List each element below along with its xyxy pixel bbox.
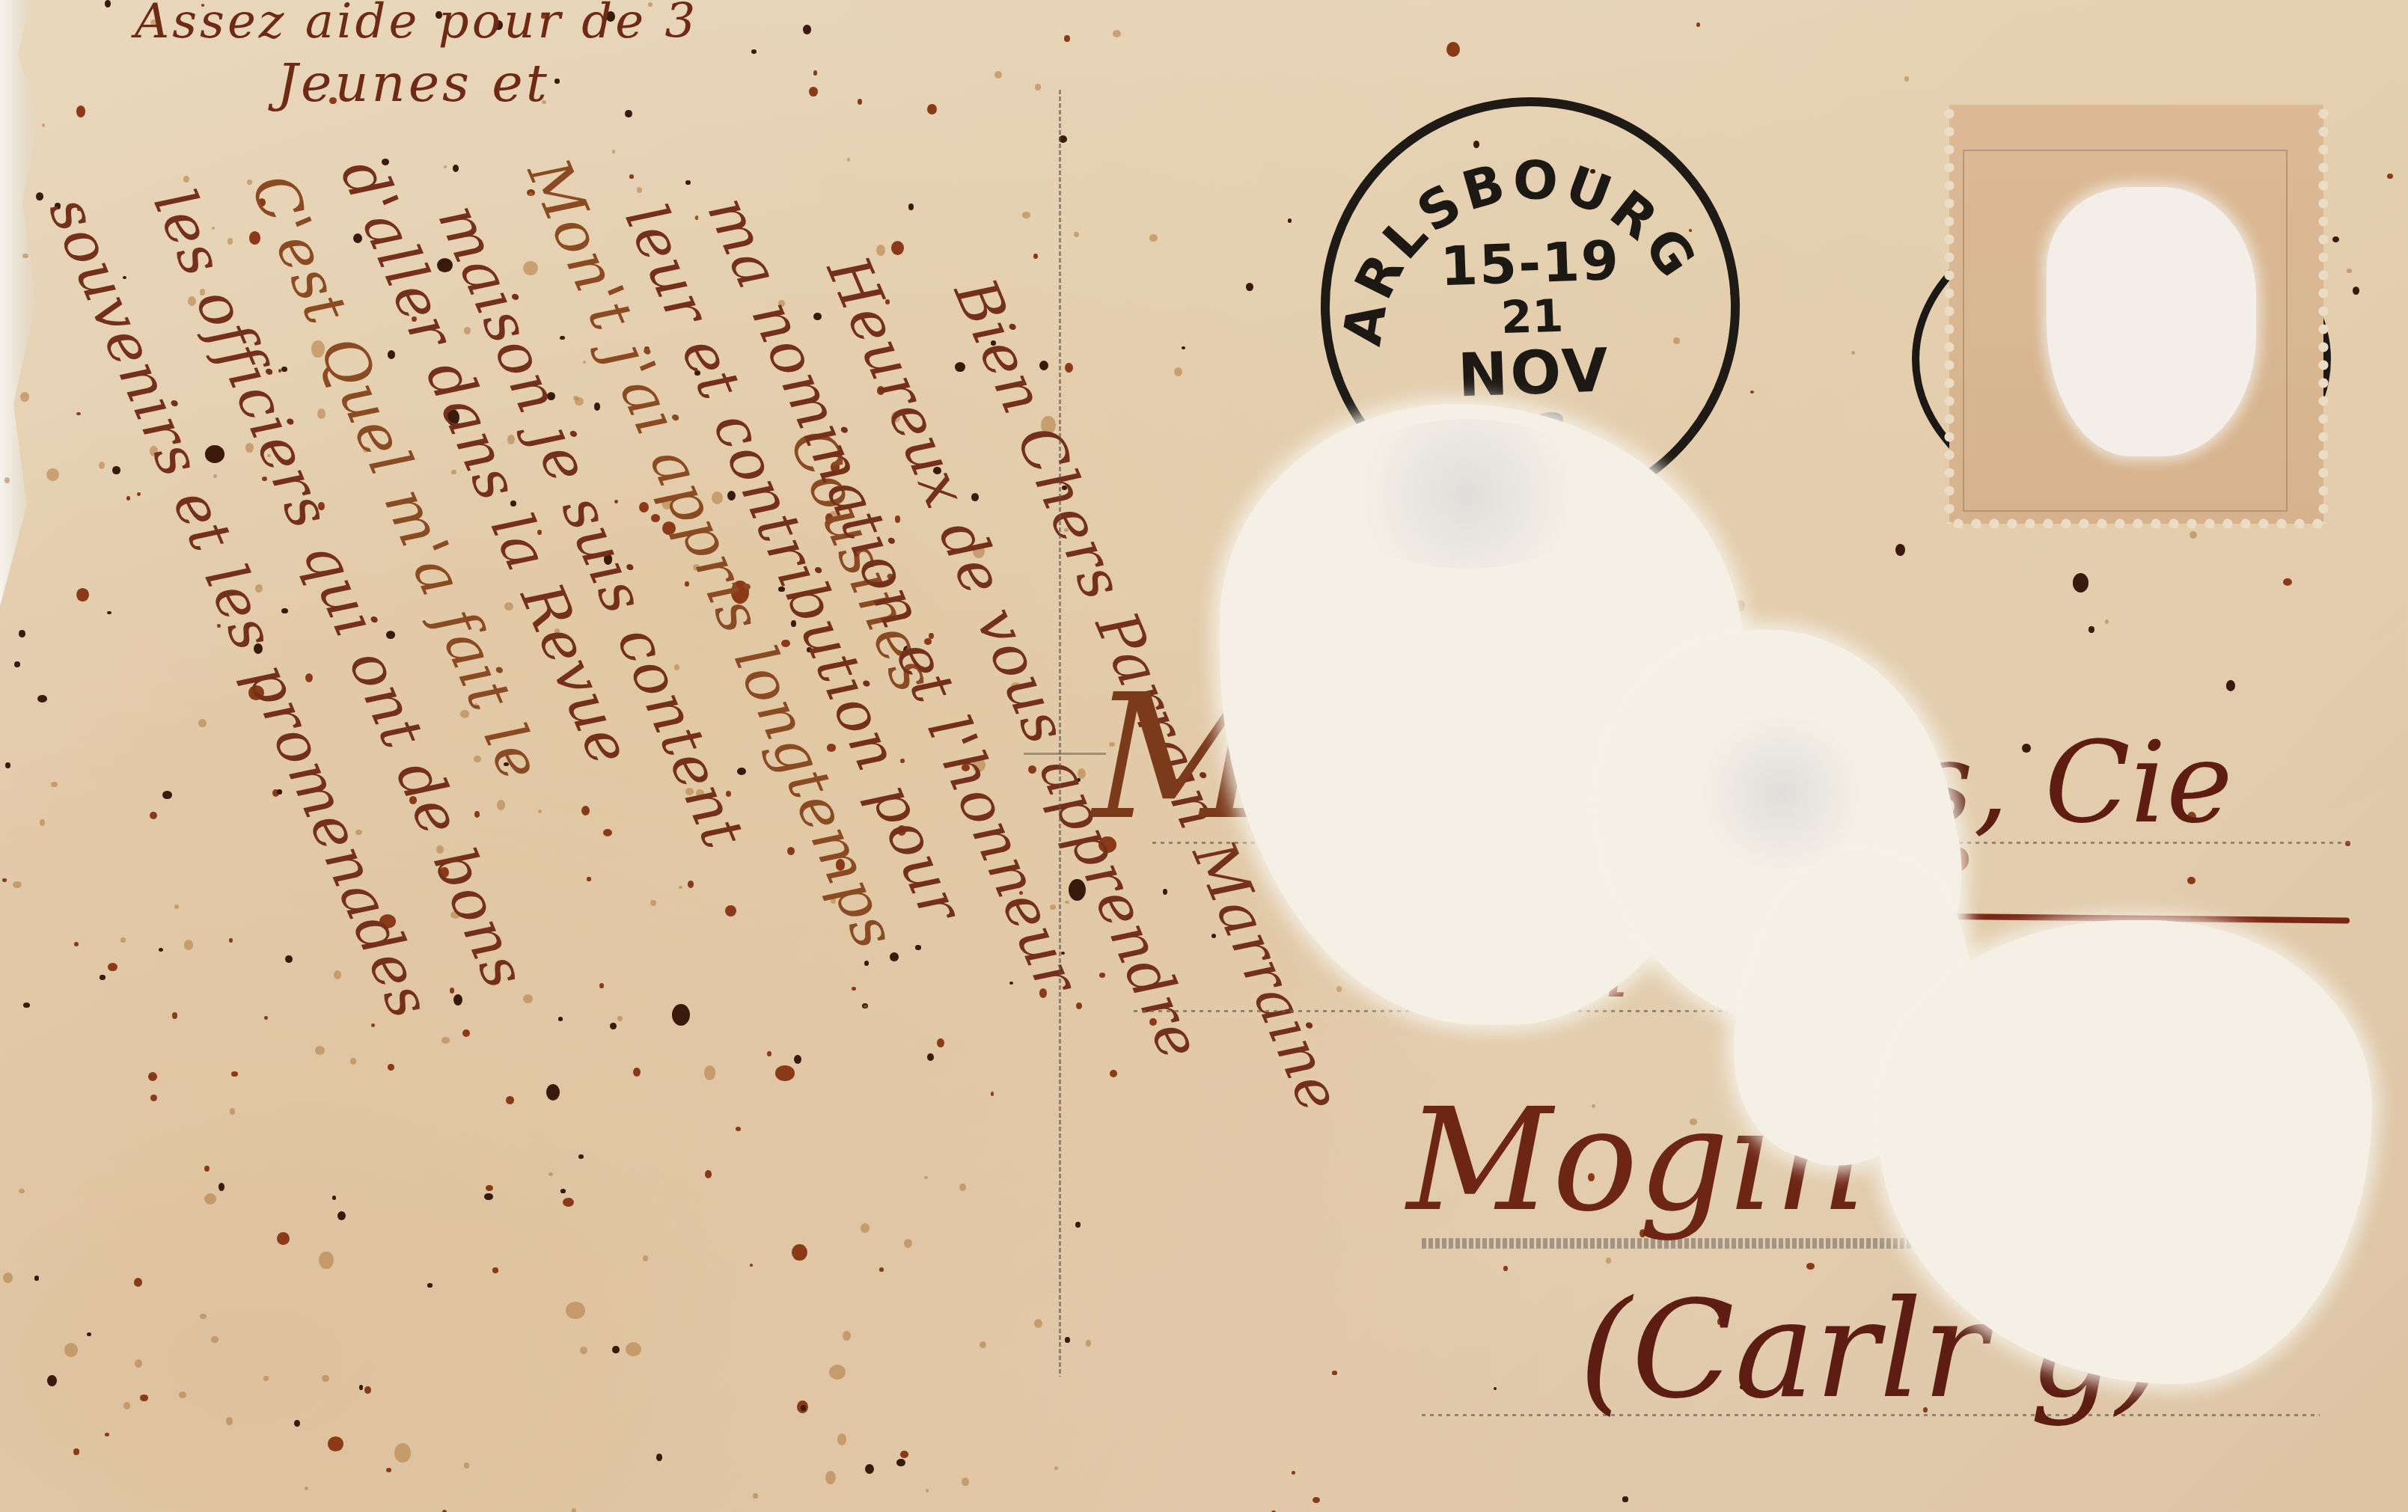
card-divider: [1059, 90, 1061, 1377]
tear-ink-bleed: [1332, 419, 1601, 569]
postmark-time: 15-19: [1432, 230, 1629, 296]
address-line1-suffix: s, Cie: [1916, 718, 2233, 848]
message-top-line-1: Assez aide pour de 3: [135, 0, 698, 49]
postmark-month: NOV: [1436, 337, 1633, 408]
message-top-line-2: Jeunes et: [277, 52, 550, 114]
tear-ink-bleed: [1691, 718, 1871, 868]
stamp-remnant: [1949, 105, 2323, 524]
postcard: Assez aide pour de 3 Jeunes et Bien Cher…: [0, 0, 2408, 1512]
handwritten-message: Assez aide pour de 3 Jeunes et Bien Cher…: [0, 0, 1048, 1512]
stamp-torn-area: [2047, 187, 2256, 456]
